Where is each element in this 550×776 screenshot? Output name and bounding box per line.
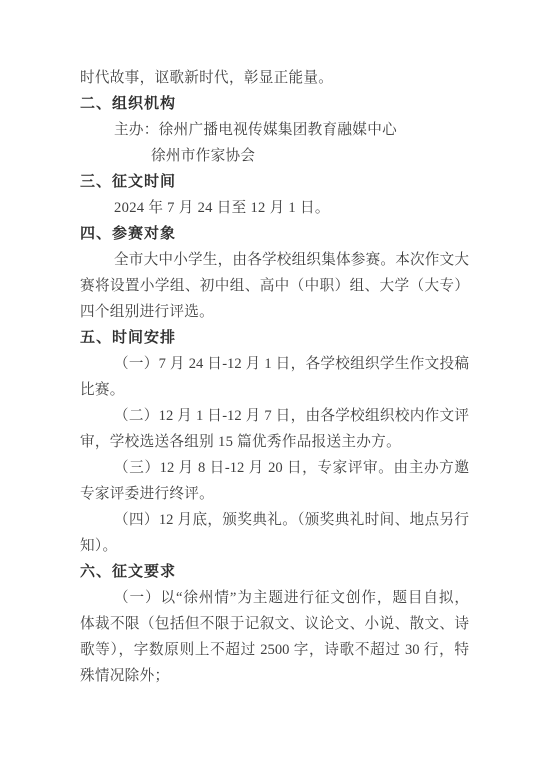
doc-line-submission-dates: 2024 年 7 月 24 日至 12 月 1 日。: [80, 195, 469, 221]
doc-line: 审，学校选送各组别 15 篇优秀作品报送主办方。: [80, 429, 469, 455]
doc-line: 体裁不限（包括但不限于记叙文、议论文、小说、散文、诗: [80, 611, 469, 637]
heading-schedule: 五、时间安排: [80, 325, 469, 351]
doc-line-host-organizer: 主办：徐州广播电视传媒集团教育融媒中心: [80, 117, 469, 143]
heading-participants: 四、参赛对象: [80, 221, 469, 247]
document-text: 时代故事，讴歌新时代，彰显正能量。 二、组织机构 主办：徐州广播电视传媒集团教育…: [80, 65, 469, 689]
doc-line-schedule-item-1: （一）7 月 24 日-12 月 1 日，各学校组织学生作文投稿: [80, 351, 469, 377]
heading-organizing-bodies: 二、组织机构: [80, 91, 469, 117]
doc-line-requirement-item-1: （一）以“徐州情”为主题进行征文创作，题目自拟，: [80, 585, 469, 611]
doc-line: 知）。: [80, 533, 469, 559]
doc-line: 比赛。: [80, 377, 469, 403]
doc-line-schedule-item-3: （三）12 月 8 日-12 月 20 日，专家评审。由主办方邀请: [80, 455, 469, 481]
doc-line-co-organizer: 徐州市作家协会: [80, 143, 469, 169]
doc-line: 四个组别进行评选。: [80, 299, 469, 325]
doc-line-schedule-item-2: （二）12 月 1 日-12 月 7 日，由各学校组织校内作文评: [80, 403, 469, 429]
doc-line: 专家评委进行终评。: [80, 481, 469, 507]
heading-essay-requirements: 六、征文要求: [80, 559, 469, 585]
heading-submission-period: 三、征文时间: [80, 169, 469, 195]
doc-line: 歌等），字数原则上不超过 2500 字，诗歌不超过 30 行，特: [80, 637, 469, 663]
doc-line: 时代故事，讴歌新时代，彰显正能量。: [80, 65, 469, 91]
document-page: 时代故事，讴歌新时代，彰显正能量。 二、组织机构 主办：徐州广播电视传媒集团教育…: [0, 0, 550, 776]
doc-line: 全市大中小学生，由各学校组织集体参赛。本次作文大: [80, 247, 469, 273]
doc-line: 殊情况除外；: [80, 663, 469, 689]
doc-line: 赛将设置小学组、初中组、高中（中职）组、大学（大专）: [80, 273, 469, 299]
doc-line-schedule-item-4: （四）12 月底，颁奖典礼。（颁奖典礼时间、地点另行通: [80, 507, 469, 533]
